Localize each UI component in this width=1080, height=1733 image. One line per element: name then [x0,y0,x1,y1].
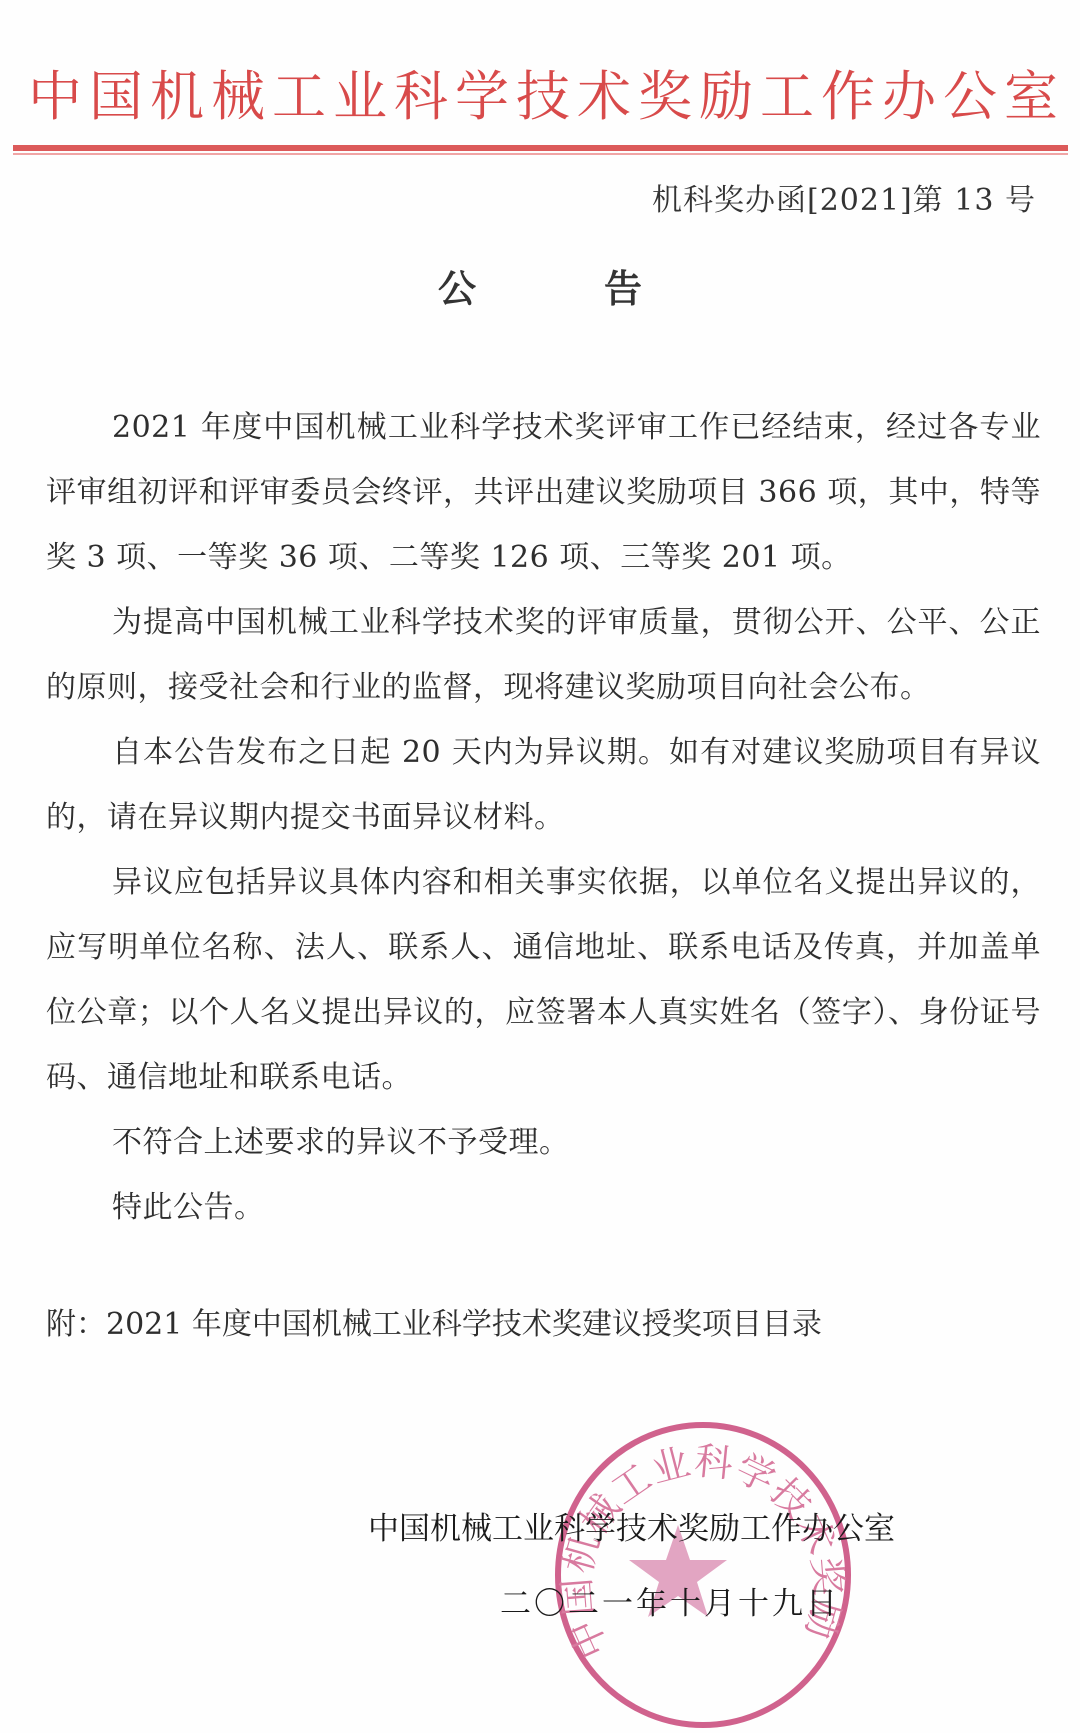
notice-body: 2021 年度中国机械工业科学技术奖评审工作已经结束，经过各专业评审组初评和评审… [46,395,1041,1240]
paragraph-objection-requirements: 异议应包括异议具体内容和相关事实依据，以单位名义提出异议的，应写明单位名称、法人… [46,850,1041,1110]
letterhead-organization: 中国机械工业科学技术奖励工作办公室 [28,62,1058,132]
document-number: 机科奖办函[2021]第 13 号 [652,175,1036,219]
paragraph-closing: 特此公告。 [46,1175,1041,1240]
paragraph-results: 2021 年度中国机械工业科学技术奖评审工作已经结束，经过各专业评审组初评和评审… [46,395,1041,590]
letterhead-red-rule-thin [13,153,1068,155]
notice-document: 中国机械工业科学技术奖励工作办公室 机科奖办函[2021]第 13 号 公告 2… [0,0,1080,1733]
official-seal-icon: 中国机械工业科学技术奖励工作办公室 [548,1415,858,1733]
letterhead-red-rule [13,145,1068,151]
paragraph-rejection-note: 不符合上述要求的异议不予受理。 [46,1110,1041,1175]
signature-date: 二〇二一年十月十九日 [500,1578,840,1623]
notice-title: 公告 [0,258,1080,313]
signature-organization: 中国机械工业科学技术奖励工作办公室 [368,1503,895,1548]
paragraph-purpose: 为提高中国机械工业科学技术奖的评审质量，贯彻公开、公平、公正的原则，接受社会和行… [46,590,1041,720]
paragraph-objection-period: 自本公告发布之日起 20 天内为异议期。如有对建议奖励项目有异议的，请在异议期内… [46,720,1041,850]
attachment-line: 附：2021 年度中国机械工业科学技术奖建议授奖项目目录 [46,1303,822,1347]
